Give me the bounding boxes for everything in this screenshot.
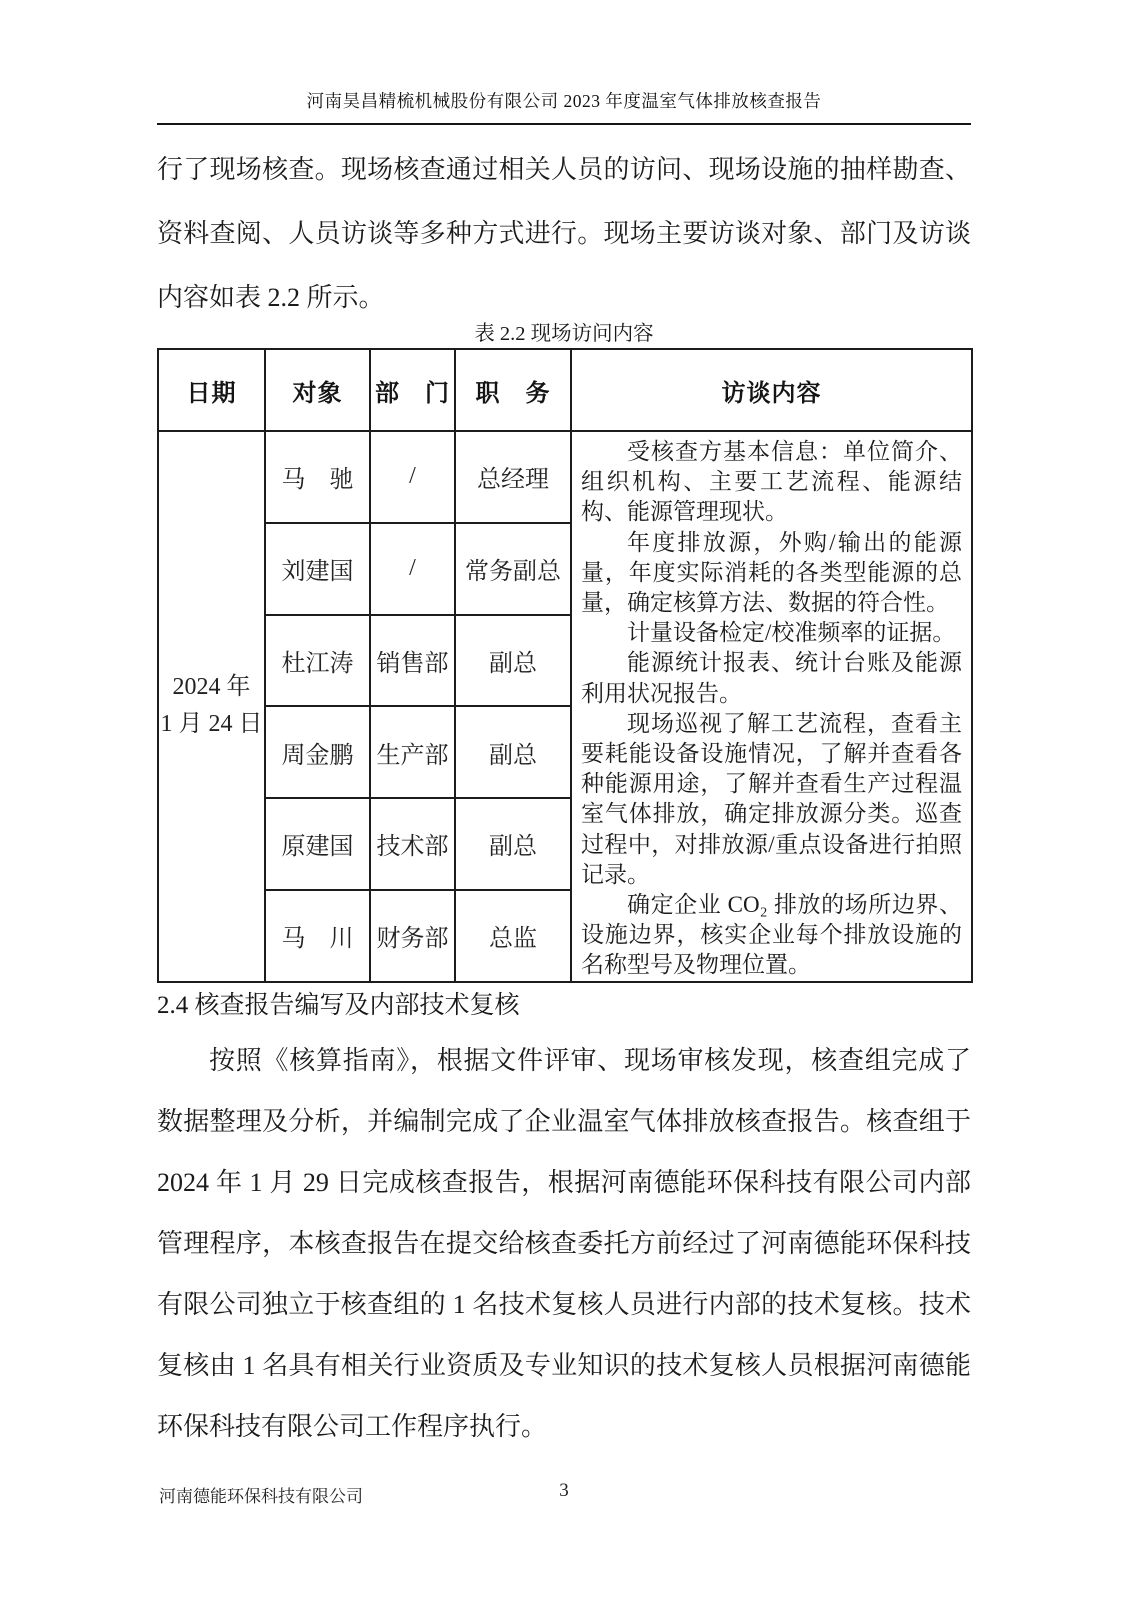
cell-department: 销售部 bbox=[370, 615, 455, 707]
cell-title: 副总 bbox=[455, 615, 571, 707]
cell-department: / bbox=[370, 523, 455, 615]
intro-paragraph: 行了现场核查。现场核查通过相关人员的访问、现场设施的抽样勘查、资料查阅、人员访谈… bbox=[157, 138, 971, 330]
col-header-department: 部 门 bbox=[370, 349, 455, 431]
section-paragraph: 按照《核算指南》，根据文件评审、现场审核发现，核查组完成了数据整理及分析，并编制… bbox=[157, 1030, 971, 1457]
cell-name: 马 川 bbox=[265, 890, 370, 982]
col-header-person: 对象 bbox=[265, 349, 370, 431]
cell-name: 周金鹏 bbox=[265, 706, 370, 798]
cell-title: 常务副总 bbox=[455, 523, 571, 615]
interview-paragraph: 受核查方基本信息：单位简介、组织机构、主要工艺流程、能源结构、能源管理现状。 bbox=[581, 437, 962, 528]
cell-date: 2024 年 1 月 24 日 bbox=[158, 431, 265, 982]
cell-name: 杜江涛 bbox=[265, 615, 370, 707]
cell-name: 刘建国 bbox=[265, 523, 370, 615]
cell-title: 副总 bbox=[455, 798, 571, 890]
footer-company-name: 河南德能环保科技有限公司 bbox=[159, 1482, 363, 1507]
cell-title: 副总 bbox=[455, 706, 571, 798]
cell-name: 马 驰 bbox=[265, 431, 370, 523]
table-header-row: 日期 对象 部 门 职 务 访谈内容 bbox=[158, 349, 972, 431]
date-line-1: 2024 年 bbox=[159, 669, 264, 706]
cell-department: 技术部 bbox=[370, 798, 455, 890]
document-page: 河南昊昌精梳机械股份有限公司 2023 年度温室气体排放核查报告 行了现场核查。… bbox=[0, 0, 1131, 1600]
interview-paragraph: 年度排放源，外购/输出的能源量，年度实际消耗的各类型能源的总量，确定核算方法、数… bbox=[581, 528, 962, 619]
interview-paragraph: 能源统计报表、统计台账及能源利用状况报告。 bbox=[581, 648, 962, 708]
interview-paragraph: 现场巡视了解工艺流程，查看主要耗能设备设施情况，了解并查看各种能源用途，了解并查… bbox=[581, 709, 962, 890]
page-header-title: 河南昊昌精梳机械股份有限公司 2023 年度温室气体排放核查报告 bbox=[307, 91, 822, 111]
interview-paragraph: 确定企业 CO₂ 排放的场所边界、设施边界，核实企业每个排放设施的名称型号及物理… bbox=[581, 890, 962, 981]
cell-name: 原建国 bbox=[265, 798, 370, 890]
table-caption: 表 2.2 现场访问内容 bbox=[157, 316, 971, 346]
cell-department: 财务部 bbox=[370, 890, 455, 982]
date-line-2: 1 月 24 日 bbox=[159, 706, 264, 743]
cell-department: / bbox=[370, 431, 455, 523]
page-footer: 3 河南德能环保科技有限公司 bbox=[157, 1478, 971, 1508]
cell-department: 生产部 bbox=[370, 706, 455, 798]
cell-title: 总经理 bbox=[455, 431, 571, 523]
col-header-date: 日期 bbox=[158, 349, 265, 431]
col-header-title: 职 务 bbox=[455, 349, 571, 431]
table-row: 2024 年 1 月 24 日 马 驰 / 总经理 受核查方基本信息：单位简介、… bbox=[158, 431, 972, 523]
col-header-content: 访谈内容 bbox=[571, 349, 972, 431]
interview-table: 日期 对象 部 门 职 务 访谈内容 2024 年 1 月 24 日 马 驰 /… bbox=[157, 348, 973, 983]
cell-title: 总监 bbox=[455, 890, 571, 982]
page-header: 河南昊昌精梳机械股份有限公司 2023 年度温室气体排放核查报告 bbox=[157, 90, 971, 125]
interview-paragraph: 计量设备检定/校准频率的证据。 bbox=[581, 618, 962, 648]
section-heading: 2.4 核查报告编写及内部技术复核 bbox=[157, 985, 971, 1021]
cell-interview-content: 受核查方基本信息：单位简介、组织机构、主要工艺流程、能源结构、能源管理现状。 年… bbox=[571, 431, 972, 982]
